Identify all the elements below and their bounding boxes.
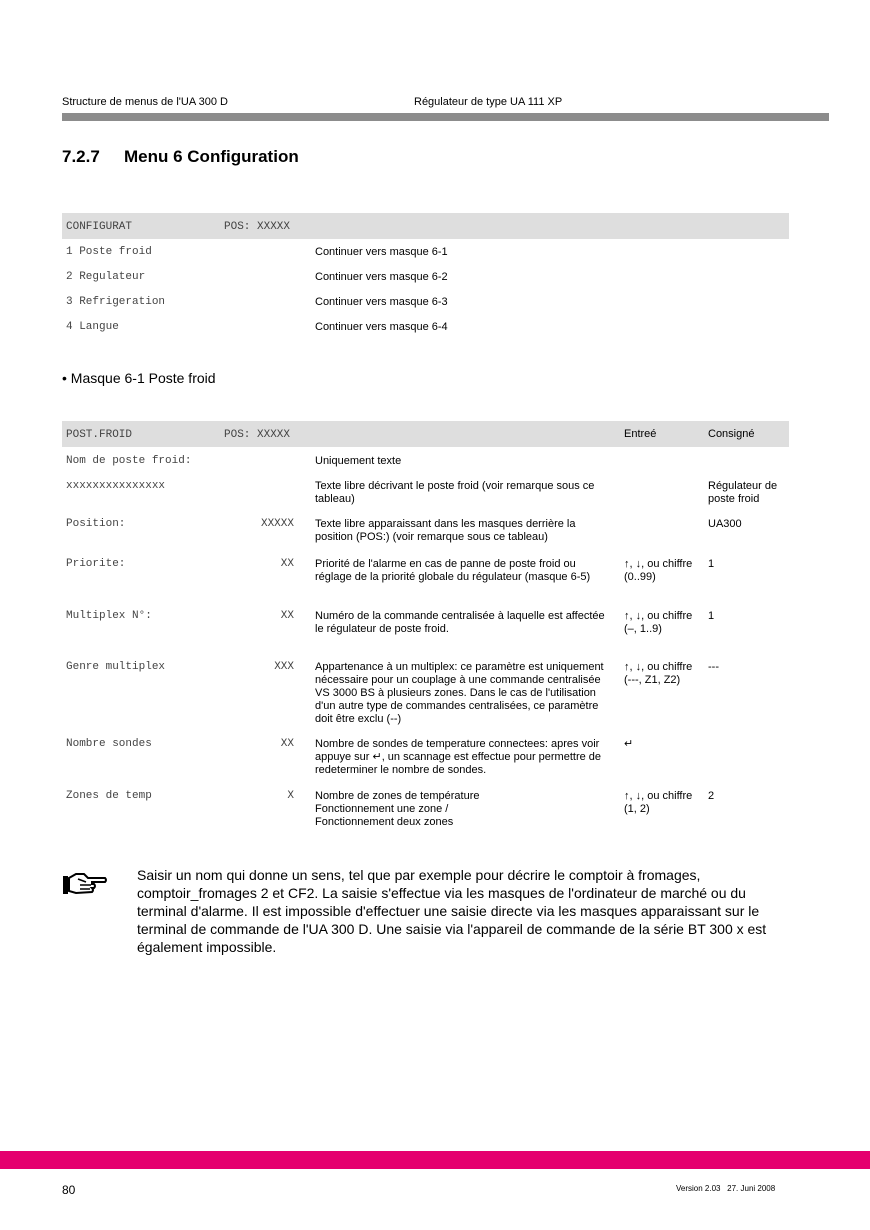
- poste-header-pos: POS: XXXXX: [224, 429, 290, 441]
- config-desc: Continuer vers masque 6-3: [315, 296, 615, 309]
- note-text: Saisir un nom qui donne un sens, tel que…: [137, 866, 789, 956]
- bullet-marker: •: [62, 370, 67, 386]
- config-item: 1 Poste froid: [66, 246, 152, 258]
- config-header-pos: POS: XXXXX: [224, 221, 290, 233]
- param-desc: Nombre de sondes de temperature connecte…: [315, 738, 615, 777]
- running-header-left: Structure de menus de l'UA 300 D: [62, 96, 228, 108]
- header-divider: [62, 113, 829, 121]
- config-header-title: CONFIGURAT: [66, 221, 132, 233]
- param-label: Priorite:: [66, 558, 125, 570]
- param-desc: Priorité de l'alarme en cas de panne de …: [315, 558, 615, 584]
- param-value: XX: [224, 738, 294, 750]
- param-setpoint: 1: [708, 558, 790, 571]
- param-entry: ↑, ↓, ou chiffre (---, Z1, Z2): [624, 661, 700, 687]
- param-entry: ↑, ↓, ou chiffre (–, 1..9): [624, 610, 700, 636]
- param-label: Nombre sondes: [66, 738, 152, 750]
- param-entry: ↑, ↓, ou chiffre (0..99): [624, 558, 700, 584]
- param-setpoint: UA300: [708, 518, 790, 531]
- section-number: 7.2.7: [62, 147, 124, 167]
- footer-bar: [0, 1151, 870, 1169]
- section-heading: 7.2.7Menu 6 Configuration: [62, 147, 299, 167]
- config-desc: Continuer vers masque 6-1: [315, 246, 615, 259]
- param-label: Zones de temp: [66, 790, 152, 802]
- param-label: Multiplex N°:: [66, 610, 152, 622]
- subsection-heading: • Masque 6-1 Poste froid: [62, 370, 216, 386]
- config-desc: Continuer vers masque 6-4: [315, 321, 615, 334]
- poste-header-title: POST.FROID: [66, 429, 132, 441]
- subsection-title: Masque 6-1 Poste froid: [71, 370, 216, 386]
- poste-table-header: POST.FROID POS: XXXXX Entreé Consigné: [62, 421, 789, 447]
- param-setpoint: 1: [708, 610, 790, 623]
- version-info: Version 2.03 27. Juni 2008: [676, 1184, 775, 1193]
- param-desc: Texte libre apparaissant dans les masque…: [315, 518, 615, 544]
- param-desc: Numéro de la commande centralisée à laqu…: [315, 610, 615, 636]
- config-item: 2 Regulateur: [66, 271, 145, 283]
- poste-header-setpoint: Consigné: [708, 428, 754, 441]
- section-title: Menu 6 Configuration: [124, 147, 299, 166]
- param-desc: Texte libre décrivant le poste froid (vo…: [315, 480, 615, 506]
- param-label: Nom de poste froid:: [66, 455, 191, 467]
- config-table-header: CONFIGURAT POS: XXXXX: [62, 213, 789, 239]
- param-desc: Uniquement texte: [315, 455, 615, 468]
- param-value: X: [224, 790, 294, 802]
- param-value: XXXXX: [224, 518, 294, 530]
- param-setpoint: Régulateur de poste froid: [708, 480, 790, 506]
- param-desc: Nombre de zones de température Fonctionn…: [315, 790, 485, 829]
- param-value: XX: [224, 610, 294, 622]
- poste-header-entry: Entreé: [624, 428, 656, 441]
- param-value: XX: [224, 558, 294, 570]
- running-header-title: Régulateur de type UA 111 XP: [414, 96, 562, 108]
- config-item: 4 Langue: [66, 321, 119, 333]
- param-label: Genre multiplex: [66, 661, 165, 673]
- param-setpoint: ---: [708, 661, 790, 674]
- param-entry: ↵: [624, 738, 704, 751]
- config-desc: Continuer vers masque 6-2: [315, 271, 615, 284]
- param-value: XXX: [224, 661, 294, 673]
- config-item: 3 Refrigeration: [66, 296, 165, 308]
- page-number: 80: [62, 1183, 75, 1197]
- param-label: xxxxxxxxxxxxxxx: [66, 480, 165, 492]
- param-entry: ↑, ↓, ou chiffre (1, 2): [624, 790, 700, 816]
- param-label: Position:: [66, 518, 125, 530]
- pointing-hand-icon: [62, 870, 108, 896]
- param-desc: Appartenance à un multiplex: ce paramètr…: [315, 661, 615, 726]
- param-setpoint: 2: [708, 790, 790, 803]
